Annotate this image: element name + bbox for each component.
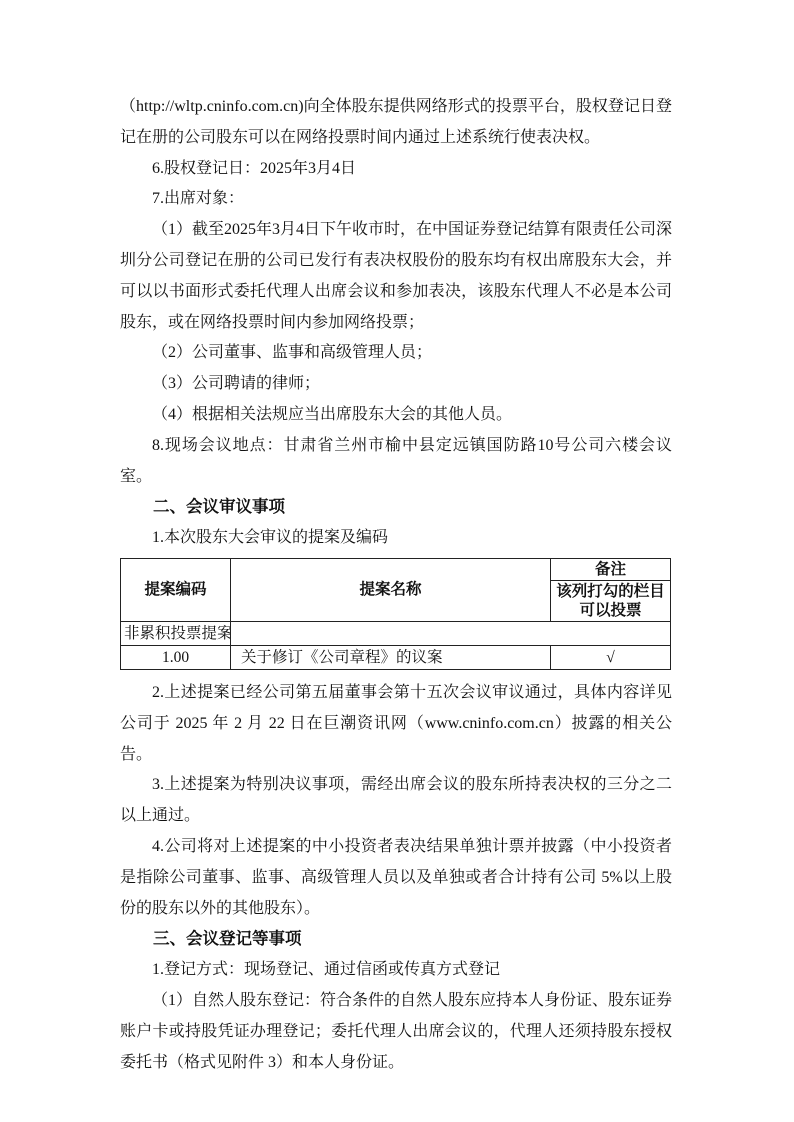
table-cell-vote-checkmark: √ [551, 645, 671, 669]
section-heading-review-matters: 二、会议审议事项 [120, 492, 672, 523]
table-cell-noncumulative-label: 非累积投票提案 [121, 621, 231, 645]
paragraph-attendee-others: （4）根据相关法规应当出席股东大会的其他人员。 [120, 400, 672, 431]
table-cell-noncumulative-empty [231, 621, 671, 645]
paragraph-special-resolution: 3.上述提案为特别决议事项，需经出席会议的股东所持表决权的三分之二以上通过。 [120, 770, 672, 832]
paragraph-attendees-title: 7.出席对象： [120, 184, 672, 215]
table-header-proposal-name: 提案名称 [231, 558, 551, 621]
table-header-note-subtitle: 该列打勾的栏目可以投票 [551, 580, 671, 621]
paragraph-board-approval: 2.上述提案已经公司第五届董事会第十五次会议审议通过，具体内容详见公司于 202… [120, 678, 672, 770]
paragraph-natural-person-registration: （1）自然人股东登记：符合条件的自然人股东应持本人身份证、股东证券账户卡或持股凭… [120, 986, 672, 1078]
document-page: （http://wltp.cninfo.com.cn)向全体股东提供网络形式的投… [0, 0, 794, 1122]
table-header-note: 备注 [551, 558, 671, 580]
paragraph-minority-investors: 4.公司将对上述提案的中小投资者表决结果单独计票并披露（中小投资者是指除公司董事… [120, 832, 672, 924]
paragraph-attendee-shareholders: （1）截至2025年3月4日下午收市时，在中国证券登记结算有限责任公司深圳分公司… [120, 215, 672, 338]
paragraph-meeting-venue: 8.现场会议地点：甘肃省兰州市榆中县定远镇国防路10号公司六楼会议室。 [120, 431, 672, 493]
section-heading-registration-matters: 三、会议登记等事项 [120, 924, 672, 955]
table-header-proposal-code: 提案编码 [121, 558, 231, 621]
table-cell-proposal-name: 关于修订《公司章程》的议案 [231, 645, 551, 669]
paragraph-voting-platform: （http://wltp.cninfo.com.cn)向全体股东提供网络形式的投… [120, 92, 672, 154]
paragraph-proposals-intro: 1.本次股东大会审议的提案及编码 [120, 523, 672, 554]
table-cell-proposal-code: 1.00 [121, 645, 231, 669]
paragraph-attendee-directors: （2）公司董事、监事和高级管理人员； [120, 338, 672, 369]
paragraph-registration-method: 1.登记方式：现场登记、通过信函或传真方式登记 [120, 955, 672, 986]
paragraph-record-date: 6.股权登记日：2025年3月4日 [120, 154, 672, 185]
paragraph-attendee-lawyers: （3）公司聘请的律师； [120, 369, 672, 400]
proposals-table: 提案编码 提案名称 备注 该列打勾的栏目可以投票 非累积投票提案 1.00 关于… [120, 558, 671, 670]
